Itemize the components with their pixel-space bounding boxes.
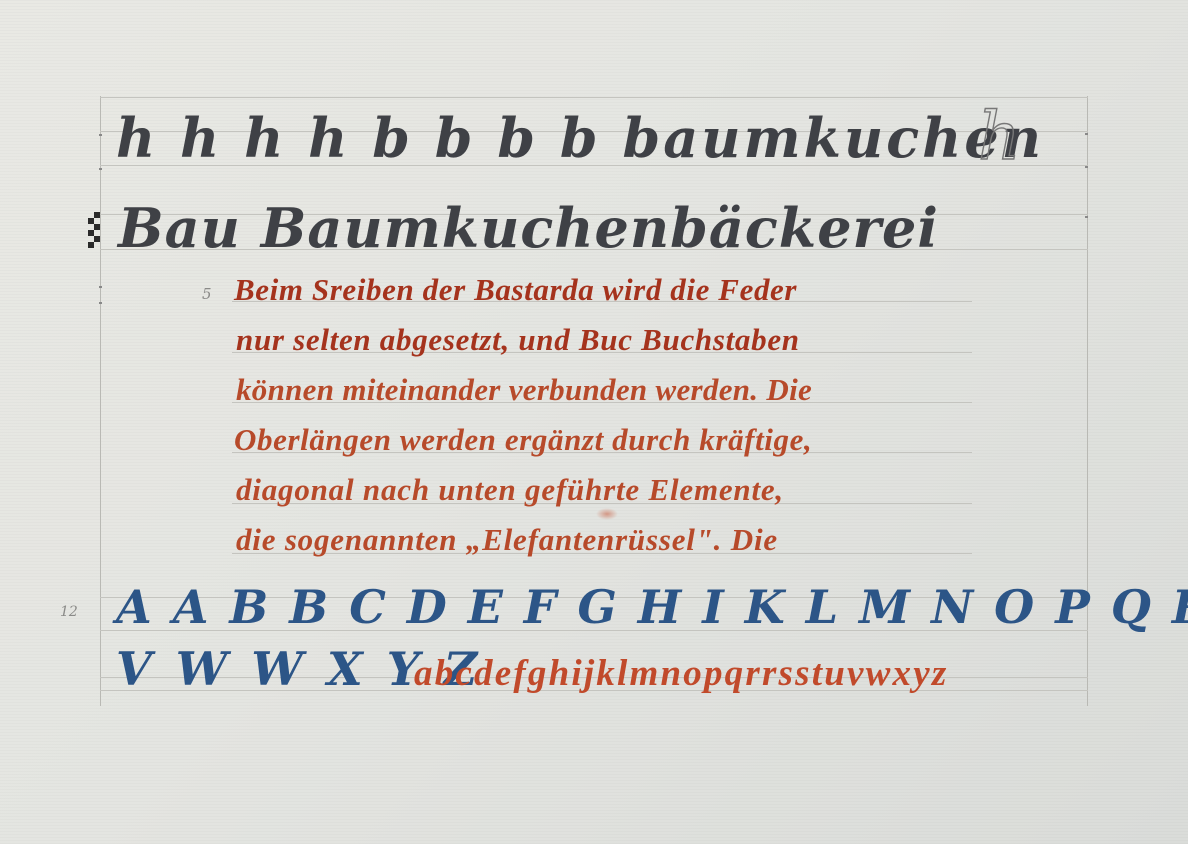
paragraph-line-1: Beim Sreiben der Bastarda wird die Feder [234,272,797,308]
exercise-row-1: h h h h b b b b baumkuchen [116,106,1044,170]
exercise-row-2: Bau Baumkuchenbäckerei [118,196,939,260]
uppercase-alphabet-row-1: A A B B C D E F G H I K L M N O P Q R S … [116,580,1188,634]
line-number-12: 12 [60,604,78,620]
paragraph-line-5: diagonal nach unten geführte Elemente, [236,472,784,508]
tick-mark [1085,216,1088,218]
nib-width-ladder [88,212,102,252]
tick-mark [99,134,102,136]
left-margin-rule [100,96,101,706]
tick-mark [99,286,102,288]
tick-mark [99,168,102,170]
pencil-outline-h-letter: h [978,98,1021,175]
paragraph-line-6: die sogenannten „Elefantenrüssel". Die [236,522,778,558]
paragraph-line-4: Oberlängen werden ergänzt durch kräftige… [234,422,812,458]
ruling-line [100,97,1088,98]
line-number-5: 5 [202,285,212,303]
tick-mark [1085,166,1088,168]
tick-mark [99,302,102,304]
ink-smudge [596,508,618,520]
paragraph-line-3: können miteinander verbunden werden. Die [236,372,812,408]
tick-mark [1085,133,1088,135]
lowercase-alphabet: abcdefghijklmnopqrrsstuvwxyz [414,652,948,695]
paragraph-line-2: nur selten abgesetzt, und Buc Buchstaben [236,322,800,358]
